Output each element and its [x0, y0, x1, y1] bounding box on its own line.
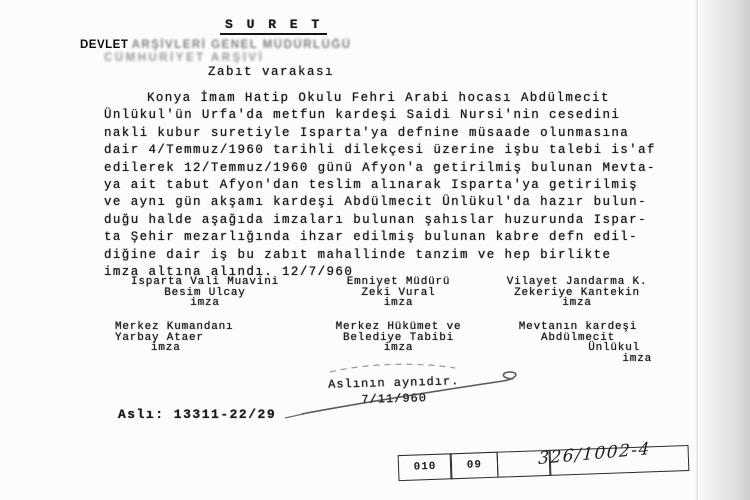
signature-block-mevtanin-kardesi: Mevtanın kardeşi Abdülmecit Ünlükul imza [498, 322, 658, 364]
body-line: ve aynı gün akşamı kardeşi Abdülmecit Ün… [104, 194, 679, 211]
certification-note: Aslının aynıdır. 7/11/960 [324, 373, 465, 409]
signature-title: Vilayet Jandarma K. [482, 277, 672, 288]
letterhead-line2: CÜMHURİYET ARŞİVİ [104, 52, 352, 65]
document-subtitle: Zabıt varakası [208, 65, 334, 79]
signature-title: Merkez Kumandanı [115, 322, 280, 333]
scanned-document-page: S U R E T DEVLET ARŞİVLERİ GENEL MÜDÜRLÜ… [0, 0, 750, 500]
scan-edge-shadow [692, 0, 750, 500]
signature-imza-label: imza [482, 298, 672, 309]
index-cell-2: 09 [450, 452, 499, 480]
signature-block-jandarma-k: Vilayet Jandarma K. Zekeriye Kantekin im… [482, 277, 672, 309]
body-line: ta Şehir mezarlığında ihzar edilmiş bulu… [104, 229, 679, 246]
body-line: diğine dair iş bu zabıt mahallinde tanzi… [104, 247, 679, 264]
signature-block-belediye-tabibi: Merkez Hükümet ve Belediye Tabibi imza [316, 322, 481, 354]
signature-imza-label: imza [498, 354, 658, 365]
index-cell-1: 010 [398, 453, 453, 481]
body-line: dair 4/Temmuz/1960 tarihli dilekçesi üze… [104, 142, 679, 159]
original-ref-number: Aslı: 13311-22/29 [118, 407, 276, 422]
body-line: edilerek 12/Temmuz/1960 günü Afyon'a get… [104, 160, 679, 177]
body-line: ya ait tabut Afyon'dan teslim alınarak I… [104, 177, 679, 194]
document-body: Konya İmam Hatip Okulu Fehri Arabi hocas… [104, 90, 679, 281]
body-line: nakli kubur suretiyle Isparta'ya defnine… [104, 125, 679, 142]
signature-block-vali-muavini: Isparta Vali Muavini Besim Ulcay imza [110, 277, 300, 309]
signature-block-emniyet-muduru: Emniyet Müdürü Zeki Vural imza [316, 277, 481, 309]
signature-block-merkez-kumandani: Merkez Kumandanı Yarbay Ataer imza [115, 322, 280, 354]
body-line: Ünlükul'ün Urfa'da metfun kardeşi Saidi … [104, 107, 679, 124]
signature-title: Merkez Hükümet ve [316, 322, 481, 333]
letterhead-org-bold: DEVLET [80, 39, 128, 51]
body-line: duğu halde aşağıda imzaları bulunan şahı… [104, 212, 679, 229]
body-line: Konya İmam Hatip Okulu Fehri Arabi hocas… [104, 90, 679, 107]
signature-imza-label: imza [316, 343, 481, 354]
signature-imza-label: imza [316, 298, 481, 309]
signature-name: Yarbay Ataer [115, 333, 280, 344]
signature-title: Emniyet Müdürü [316, 277, 481, 288]
letterhead-line1: DEVLET ARŞİVLERİ GENEL MÜDÜRLÜĞÜ [80, 39, 352, 52]
signature-imza-label: imza [115, 343, 280, 354]
letterhead-org-faded: ARŞİVLERİ GENEL MÜDÜRLÜĞÜ [132, 39, 352, 51]
signature-title: Mevtanın kardeşi [498, 322, 658, 333]
signature-title: Isparta Vali Muavini [110, 277, 300, 288]
signature-imza-label: imza [110, 298, 300, 309]
document-title: S U R E T [220, 17, 327, 35]
letterhead-stamp: DEVLET ARŞİVLERİ GENEL MÜDÜRLÜĞÜ CÜMHURİ… [80, 39, 352, 65]
